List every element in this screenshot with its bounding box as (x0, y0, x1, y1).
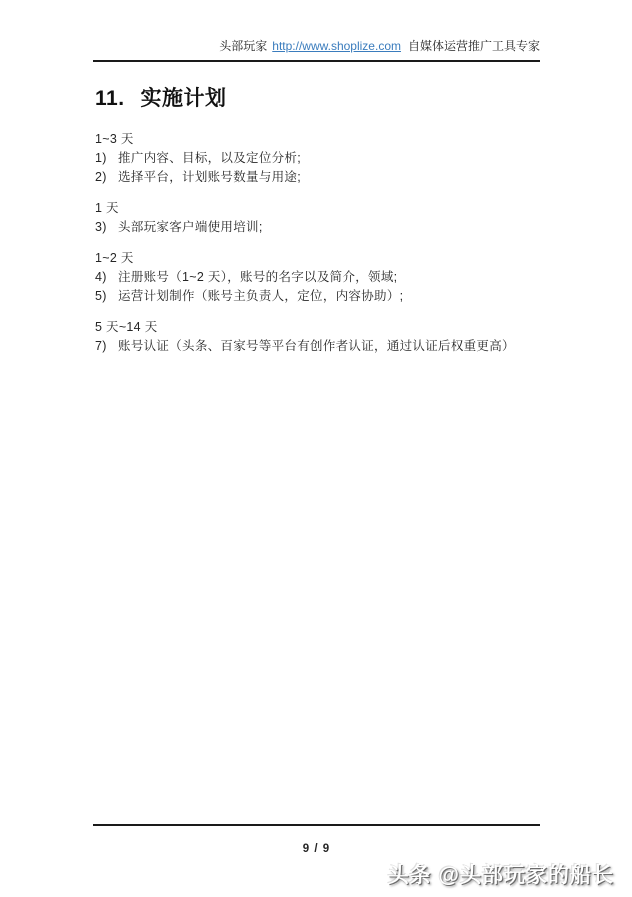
duration-label: 1~2 天 (95, 249, 565, 268)
page-header: 头部玩家http://www.shoplize.com自媒体运营推广工具专家 (93, 38, 540, 62)
document-body: 1~3 天 1) 推广内容、目标，以及定位分析; 2) 选择平台，计划账号数量与… (95, 130, 565, 356)
list-item: 4) 注册账号（1~2 天），账号的名字以及简介，领域; (95, 268, 565, 287)
toutiao-watermark: 头条 @头部玩家的船长 (388, 859, 614, 889)
list-item: 2) 选择平台，计划账号数量与用途; (95, 168, 565, 187)
list-item: 1) 推广内容、目标，以及定位分析; (95, 149, 565, 168)
schedule-block-4: 5 天~14 天 7) 账号认证（头条、百家号等平台有创作者认证，通过认证后权重… (95, 318, 565, 356)
footer-divider (93, 824, 540, 826)
duration-label: 1 天 (95, 199, 565, 218)
header-brand: 头部玩家 (219, 39, 267, 53)
section-title-number: 11. (95, 87, 125, 110)
list-item: 5) 运营计划制作（账号主负责人，定位，内容协助）; (95, 287, 565, 306)
schedule-block-2: 1 天 3) 头部玩家客户端使用培训; (95, 199, 565, 237)
document-page: 头部玩家http://www.shoplize.com自媒体运营推广工具专家 1… (0, 0, 632, 897)
list-item: 3) 头部玩家客户端使用培训; (95, 218, 565, 237)
header-tagline: 自媒体运营推广工具专家 (408, 39, 540, 53)
schedule-block-1: 1~3 天 1) 推广内容、目标，以及定位分析; 2) 选择平台，计划账号数量与… (95, 130, 565, 187)
page-number: 9 / 9 (93, 843, 540, 855)
list-item: 7) 账号认证（头条、百家号等平台有创作者认证，通过认证后权重更高） (95, 337, 565, 356)
section-title-text: 实施计划 (141, 87, 227, 110)
header-url-link[interactable]: http://www.shoplize.com (272, 39, 401, 53)
schedule-block-3: 1~2 天 4) 注册账号（1~2 天），账号的名字以及简介，领域; 5) 运营… (95, 249, 565, 306)
section-title: 11.实施计划 (95, 82, 227, 112)
duration-label: 5 天~14 天 (95, 318, 565, 337)
duration-label: 1~3 天 (95, 130, 565, 149)
